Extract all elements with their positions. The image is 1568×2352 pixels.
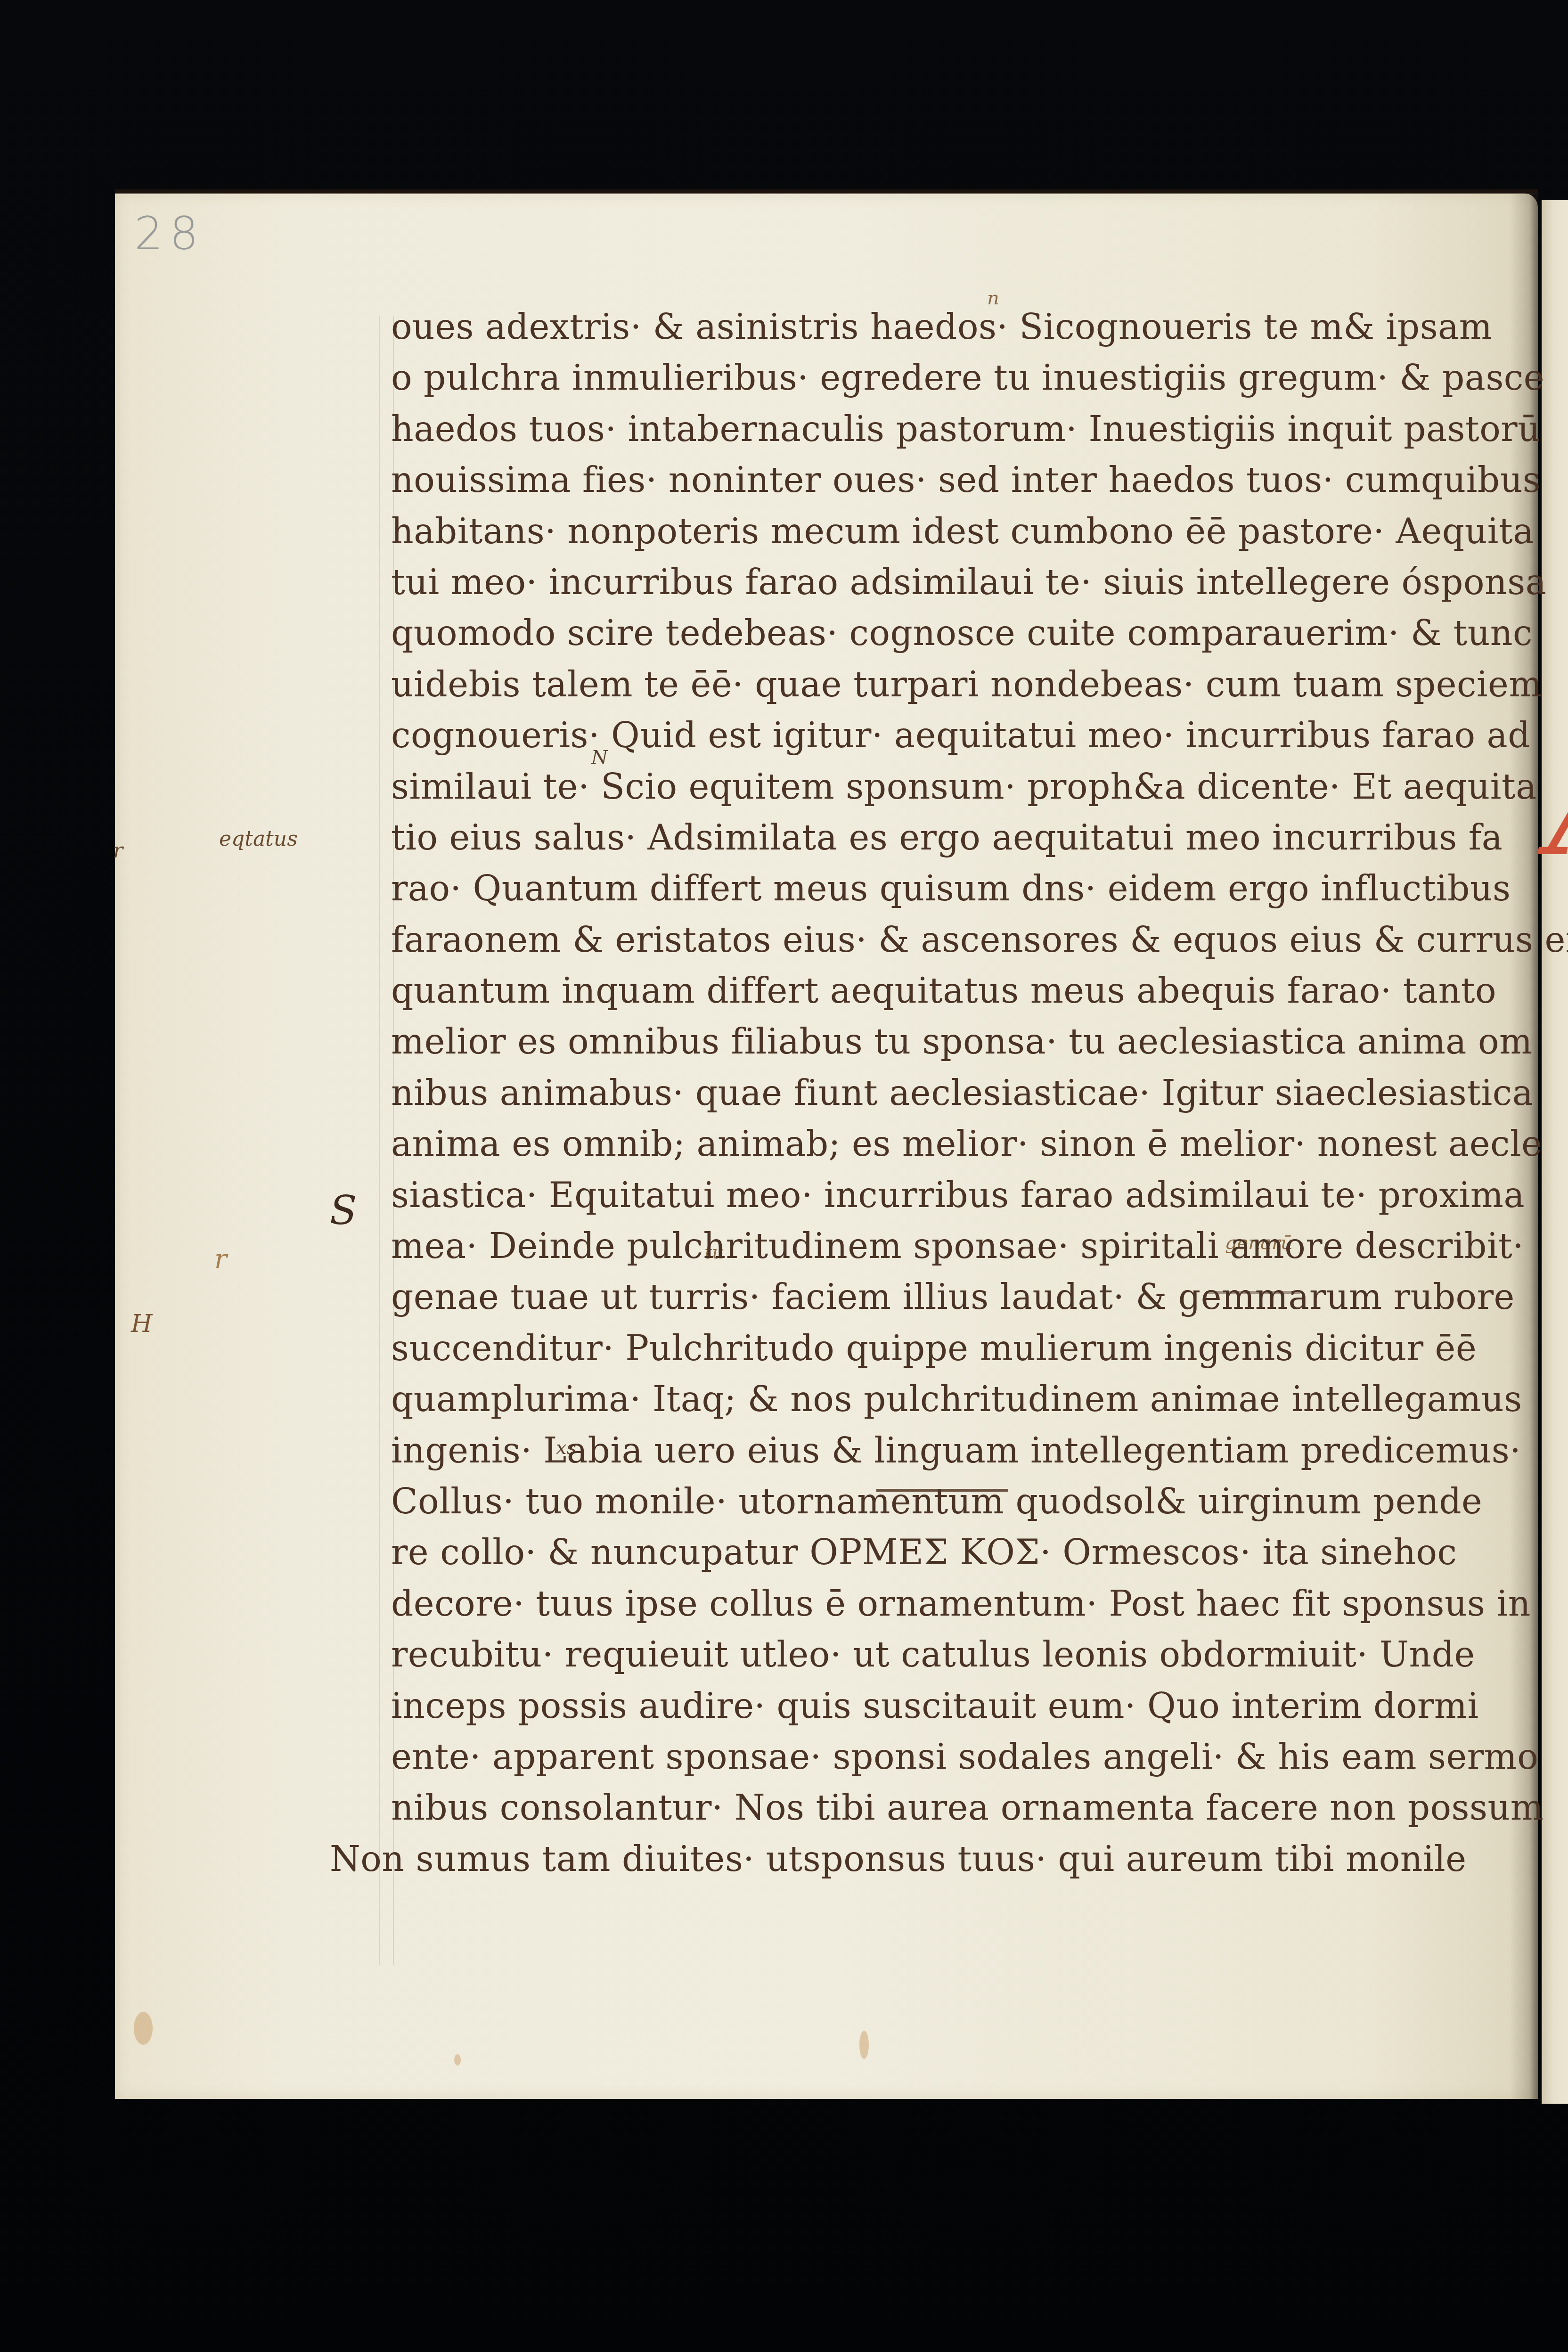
foxing-stain — [134, 2012, 153, 2045]
text-line: cognoueris· Quid est igitur· aequitatui … — [391, 710, 1536, 761]
text-line: Collus· tuo monile· utornamentum quodsol… — [391, 1476, 1536, 1527]
text-line: nouissima fies· noninter oues· sed inter… — [391, 455, 1536, 506]
text-line: ente· apparent sponsae· sponsi sodales a… — [391, 1731, 1536, 1782]
text-line: tui meo· incurribus farao adsimilaui te·… — [391, 557, 1536, 608]
ruling-line — [379, 316, 380, 1965]
margin-mark-r: r — [113, 839, 123, 863]
text-line: faraonem & eristatos eius· & ascensores … — [391, 915, 1536, 965]
text-line: tio eius salus· Adsimilata es ergo aequi… — [391, 812, 1536, 863]
red-initial-letter: A — [1548, 735, 1568, 876]
foxing-stain — [454, 2054, 461, 2066]
text-line: similaui te· Scio equitem sponsum· proph… — [391, 761, 1536, 812]
margin-note-equitatus: eqtatus — [219, 827, 298, 851]
text-line: recubitu· requieuit utleo· ut catulus le… — [391, 1629, 1536, 1680]
main-text-column: oues adextris· & asinistris haedos· Sico… — [391, 302, 1536, 1885]
text-line: uidebis talem te ēē· quae turpari nondeb… — [391, 659, 1536, 710]
text-line: quantum inquam differt aequitatus meus a… — [391, 965, 1536, 1016]
text-line: ingenis· Labia uero eius & linguam intel… — [391, 1425, 1536, 1476]
margin-mark-s: S — [330, 1187, 357, 1233]
text-line-outdented: Non sumus tam diuites· utsponsus tuus· q… — [330, 1834, 1536, 1885]
text-line: habitans· nonpoteris mecum idest cumbono… — [391, 506, 1536, 557]
foxing-stain — [859, 2031, 869, 2059]
text-line: mea· Deinde pulchritudinem sponsae· spir… — [391, 1221, 1536, 1272]
text-line: haedos tuos· intabernaculis pastorum· In… — [391, 404, 1536, 455]
text-line: re collo· & nuncupatur ΟΡΜΕΣ ΚΟΣ· Ormesc… — [391, 1527, 1536, 1578]
folio-number: 28 — [134, 207, 205, 260]
text-line: succenditur· Pulchritudo quippe mulierum… — [391, 1323, 1536, 1374]
text-line: nibus consolantur· Nos tibi aurea orname… — [391, 1782, 1536, 1833]
margin-mark-h: H — [131, 1310, 152, 1338]
text-line: genae tuae ut turris· faciem illius laud… — [391, 1272, 1536, 1323]
text-line: inceps possis audire· quis suscitauit eu… — [391, 1681, 1536, 1731]
text-line: melior es omnibus filiabus tu sponsa· tu… — [391, 1016, 1536, 1067]
text-line: quomodo scire tedebeas· cognosce cuite c… — [391, 608, 1536, 659]
page-top-edge — [115, 189, 1538, 194]
text-line: quamplurima· Itaq; & nos pulchritudinem … — [391, 1374, 1536, 1425]
text-line: rao· Quantum differt meus quisum dns· ei… — [391, 863, 1536, 914]
margin-mark-r: r — [214, 1244, 227, 1274]
text-line: o pulchra inmulieribus· egredere tu inue… — [391, 352, 1536, 403]
text-line: anima es omnib; animab; es melior· sinon… — [391, 1119, 1536, 1169]
text-line: oues adextris· & asinistris haedos· Sico… — [391, 302, 1536, 352]
text-line: decore· tuus ipse collus ē ornamentum· P… — [391, 1578, 1536, 1629]
text-line: nibus animabus· quae fiunt aeclesiastica… — [391, 1068, 1536, 1119]
text-line: siastica· Equitatui meo· incurribus fara… — [391, 1170, 1536, 1221]
facing-page-edge — [1541, 200, 1568, 2104]
